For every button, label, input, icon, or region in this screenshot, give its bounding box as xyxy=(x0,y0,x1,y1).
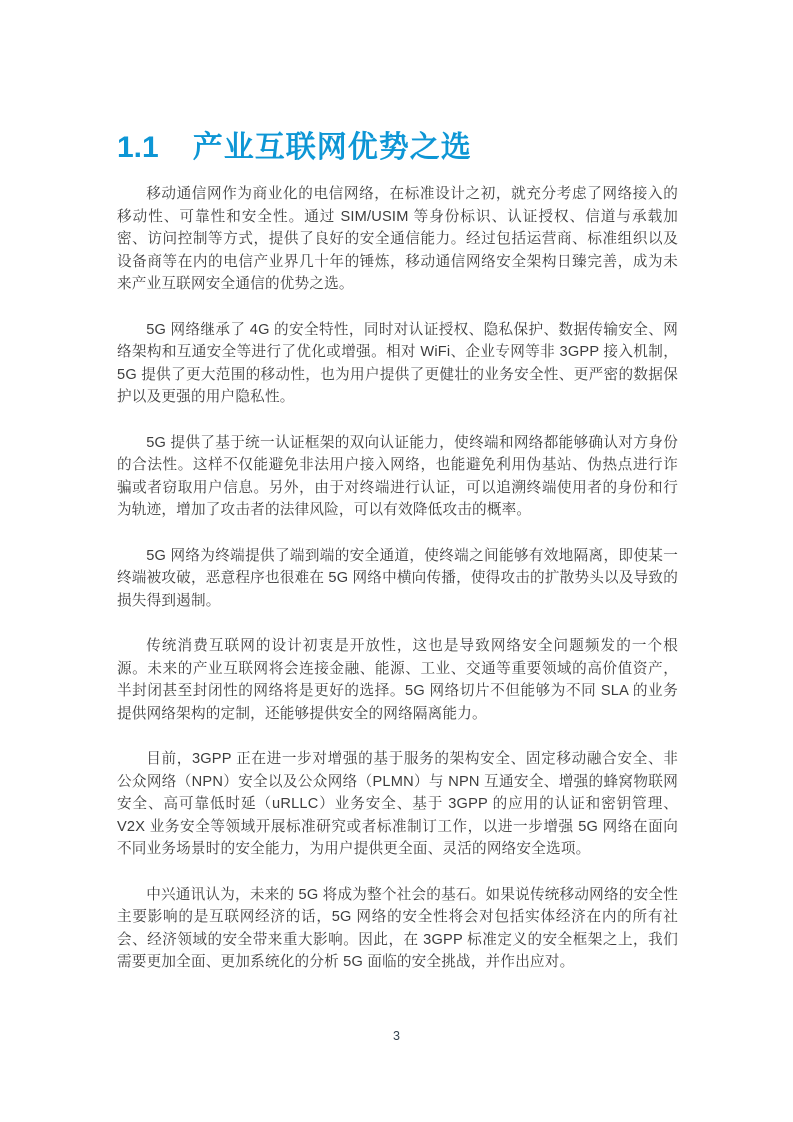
section-number: 1.1 xyxy=(117,130,159,166)
paragraph-3: 5G 提供了基于统一认证框架的双向认证能力，使终端和网络都能够确认对方身份的合法… xyxy=(117,432,678,522)
page-footer: 3 xyxy=(0,1028,793,1044)
paragraph-4: 5G 网络为终端提供了端到端的安全通道，使终端之间能够有效地隔离，即使某一终端被… xyxy=(117,545,678,613)
paragraph-2: 5G 网络继承了 4G 的安全特性，同时对认证授权、隐私保护、数据传输安全、网络… xyxy=(117,319,678,409)
page-number: 3 xyxy=(393,1029,400,1043)
paragraph-6: 目前，3GPP 正在进一步对增强的基于服务的架构安全、固定移动融合安全、非公众网… xyxy=(117,748,678,861)
paragraph-1: 移动通信网作为商业化的电信网络，在标准设计之初，就充分考虑了网络接入的移动性、可… xyxy=(117,183,678,296)
section-heading: 1.1 产业互联网优势之选 xyxy=(117,130,678,166)
document-page: 1.1 产业互联网优势之选 移动通信网作为商业化的电信网络，在标准设计之初，就充… xyxy=(0,0,793,1122)
page-content: 1.1 产业互联网优势之选 移动通信网作为商业化的电信网络，在标准设计之初，就充… xyxy=(117,130,678,997)
body-text: 移动通信网作为商业化的电信网络，在标准设计之初，就充分考虑了网络接入的移动性、可… xyxy=(117,183,678,974)
paragraph-5: 传统消费互联网的设计初衷是开放性，这也是导致网络安全问题频发的一个根源。未来的产… xyxy=(117,635,678,725)
paragraph-7: 中兴通讯认为，未来的 5G 将成为整个社会的基石。如果说传统移动网络的安全性主要… xyxy=(117,884,678,974)
section-title: 产业互联网优势之选 xyxy=(193,130,472,166)
